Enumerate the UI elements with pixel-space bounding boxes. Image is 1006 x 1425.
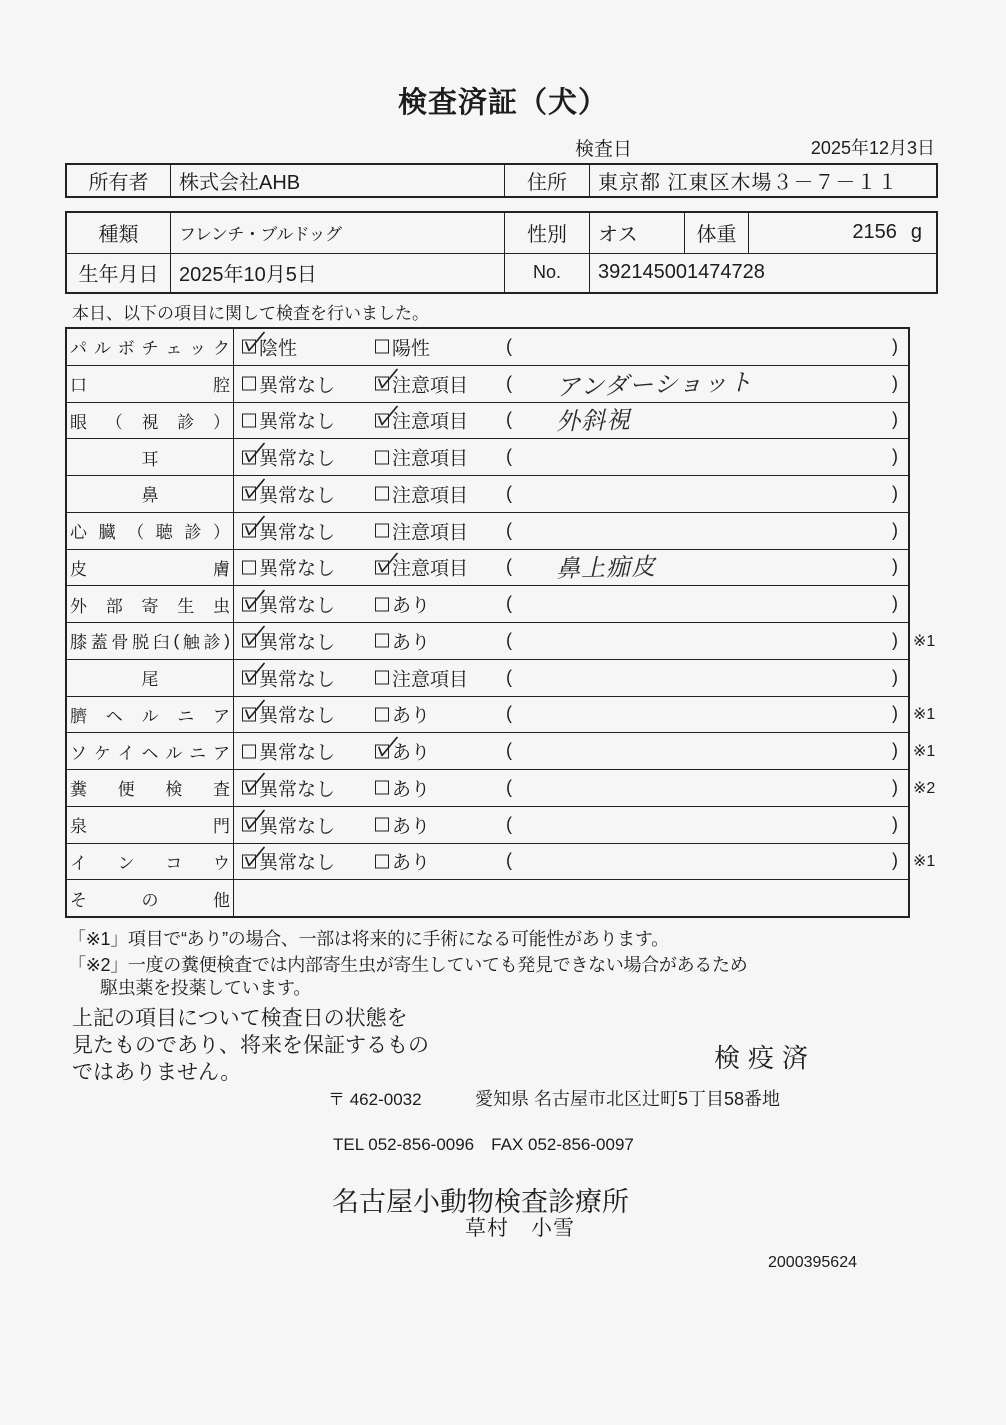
- disclaimer-line-1: 上記の項目について検査日の状態を: [72, 1002, 408, 1032]
- close-paren: ): [892, 373, 898, 394]
- open-paren: (: [506, 409, 512, 430]
- exam-item-label: 泉門: [67, 807, 234, 843]
- checkbox[interactable]: [375, 524, 389, 538]
- exam-row: 口腔異常なし注意項目()アンダーショット: [67, 365, 908, 402]
- exam-row: ソケイヘルニア異常なしあり()※1: [67, 732, 908, 769]
- exam-result-cell: 異常なしあり(): [234, 586, 908, 622]
- checkbox[interactable]: [375, 634, 389, 648]
- footnote-marker: ※1: [913, 851, 935, 871]
- close-paren: ): [892, 740, 898, 761]
- open-paren: (: [506, 446, 512, 467]
- owner-table: 所有者 株式会社AHB 住所 東京都 江東区木場３－７－１１: [65, 163, 938, 198]
- weight-value: 2156: [852, 221, 897, 244]
- option-label: 異常なし: [259, 738, 335, 765]
- checkbox[interactable]: [375, 818, 389, 832]
- weight-cell: 2156 g: [748, 213, 936, 253]
- option-label: 異常なし: [259, 664, 335, 691]
- open-paren: (: [506, 667, 512, 688]
- animal-table: 種類 フレンチ・ブルドッグ 性別 オス 体重 2156 g 生年月日 2025年…: [65, 211, 938, 294]
- close-paren: ): [892, 667, 898, 688]
- option-label: あり: [392, 848, 430, 875]
- exam-result-cell: 異常なし注意項目(): [234, 660, 908, 696]
- exam-item-label: 心臓（聴診）: [67, 513, 234, 549]
- option-label: 陰性: [259, 333, 297, 360]
- exam-item-label: インコウ: [67, 844, 234, 880]
- address-value: 東京都 江東区木場３－７－１１: [589, 165, 936, 196]
- option-normal: 陰性: [242, 333, 297, 360]
- exam-result-cell: [234, 880, 908, 916]
- exam-result-cell: 異常なしあり(): [234, 697, 908, 733]
- exam-result-cell: 異常なしあり(): [234, 623, 908, 659]
- exam-table: パルボチェック陰性陽性()口腔異常なし注意項目()アンダーショット眼（視診）異常…: [65, 327, 910, 918]
- exam-item-label: 鼻: [67, 476, 234, 512]
- option-label: 異常なし: [259, 407, 335, 434]
- exam-item-label: 尾: [67, 660, 234, 696]
- option-normal: 異常なし: [242, 811, 335, 838]
- exam-item-label: 糞便検査: [67, 770, 234, 806]
- option-label: 陽性: [392, 333, 430, 360]
- option-normal: 異常なし: [242, 444, 335, 471]
- option-label: 注意項目: [392, 554, 468, 581]
- exam-row: 眼（視診）異常なし注意項目()外斜視: [67, 402, 908, 439]
- weight-label: 体重: [684, 213, 748, 253]
- exam-result-cell: 異常なし注意項目(): [234, 513, 908, 549]
- exam-item-label: 臍ヘルニア: [67, 697, 234, 733]
- option-label: あり: [392, 774, 430, 801]
- option-label: 異常なし: [259, 848, 335, 875]
- exam-item-label: ソケイヘルニア: [67, 733, 234, 769]
- checkbox-checked[interactable]: [375, 560, 389, 574]
- exam-result-cell: 異常なしあり(): [234, 844, 908, 880]
- checkbox[interactable]: [242, 413, 256, 427]
- exam-result-cell: 異常なし注意項目()外斜視: [234, 403, 908, 439]
- checkbox[interactable]: [375, 450, 389, 464]
- exam-result-cell: 異常なし注意項目(): [234, 439, 908, 475]
- exam-result-cell: 陰性陽性(): [234, 329, 908, 365]
- disclaimer-line-2: 見たものであり、将来を保証するもの: [72, 1029, 429, 1059]
- exam-row: 泉門異常なしあり(): [67, 806, 908, 843]
- option-label: 異常なし: [259, 554, 335, 581]
- exam-result-cell: 異常なし注意項目()アンダーショット: [234, 366, 908, 402]
- breed-label: 種類: [67, 213, 170, 253]
- option-finding: 注意項目: [375, 444, 468, 471]
- exam-row: 心臓（聴診）異常なし注意項目(): [67, 512, 908, 549]
- option-label: 異常なし: [259, 370, 335, 397]
- animal-row-2: 生年月日 2025年10月5日 No. 392145001474728: [67, 253, 936, 293]
- open-paren: (: [506, 814, 512, 835]
- close-paren: ): [892, 850, 898, 871]
- open-paren: (: [506, 593, 512, 614]
- handwritten-remark[interactable]: アンダーショット: [556, 362, 754, 402]
- checkbox-checked[interactable]: [375, 413, 389, 427]
- close-paren: ): [892, 483, 898, 504]
- close-paren: ): [892, 630, 898, 651]
- footnote-marker: ※1: [913, 631, 935, 651]
- option-finding: 注意項目: [375, 370, 468, 397]
- option-normal: 異常なし: [242, 664, 335, 691]
- handwritten-remark[interactable]: 鼻上痂皮: [556, 547, 657, 585]
- checkbox[interactable]: [375, 781, 389, 795]
- option-finding: 陽性: [375, 333, 430, 360]
- option-normal: 異常なし: [242, 738, 335, 765]
- option-label: 注意項目: [392, 444, 468, 471]
- option-finding: あり: [375, 738, 430, 765]
- checkbox-checked[interactable]: [242, 854, 256, 868]
- checkbox[interactable]: [375, 671, 389, 685]
- exam-item-label: パルボチェック: [67, 329, 234, 365]
- checkbox-checked[interactable]: [242, 781, 256, 795]
- exam-item-label: 耳: [67, 439, 234, 475]
- open-paren: (: [506, 740, 512, 761]
- exam-row: インコウ異常なしあり()※1: [67, 843, 908, 880]
- exam-row: 耳異常なし注意項目(): [67, 438, 908, 475]
- open-paren: (: [506, 336, 512, 357]
- footnote-2-cont: 駆虫薬を投薬しています。: [100, 974, 311, 1000]
- option-normal: 異常なし: [242, 407, 335, 434]
- option-label: 注意項目: [392, 370, 468, 397]
- checkbox-checked[interactable]: [242, 597, 256, 611]
- checkbox[interactable]: [242, 744, 256, 758]
- dob-label: 生年月日: [67, 254, 170, 293]
- option-label: あり: [392, 738, 430, 765]
- exam-row: 膝蓋骨脱臼(触診)異常なしあり()※1: [67, 622, 908, 659]
- option-normal: 異常なし: [242, 774, 335, 801]
- sex-value: オス: [589, 213, 684, 253]
- checkbox[interactable]: [375, 487, 389, 501]
- checkbox[interactable]: [242, 560, 256, 574]
- checkbox[interactable]: [242, 377, 256, 391]
- open-paren: (: [506, 777, 512, 798]
- checkbox-checked[interactable]: [242, 450, 256, 464]
- exam-result-cell: 異常なしあり(): [234, 770, 908, 806]
- footnote-1: 「※1」項目で“あり”の場合、一部は将来的に手術になる可能性があります。: [68, 925, 669, 951]
- option-normal: 異常なし: [242, 370, 335, 397]
- checkbox[interactable]: [375, 340, 389, 354]
- open-paren: (: [506, 483, 512, 504]
- open-paren: (: [506, 556, 512, 577]
- document-title: 検査済証（犬）: [0, 80, 1006, 121]
- open-paren: (: [506, 520, 512, 541]
- option-finding: あり: [375, 701, 430, 728]
- checkbox-checked[interactable]: [375, 377, 389, 391]
- exam-row: 糞便検査異常なしあり()※2: [67, 769, 908, 806]
- option-label: 注意項目: [392, 480, 468, 507]
- address-label: 住所: [504, 165, 589, 196]
- close-paren: ): [892, 409, 898, 430]
- exam-row: 鼻異常なし注意項目(): [67, 475, 908, 512]
- open-paren: (: [506, 703, 512, 724]
- clinic-tel-fax: TEL 052-856-0096 FAX 052-856-0097: [333, 1130, 634, 1155]
- sex-label: 性別: [504, 213, 589, 253]
- option-label: あり: [392, 701, 430, 728]
- serial-number: 2000395624: [768, 1254, 857, 1272]
- handwritten-remark[interactable]: 外斜視: [556, 400, 632, 437]
- clinic-address: 愛知県 名古屋市北区辻町5丁目58番地: [475, 1085, 780, 1111]
- close-paren: ): [892, 556, 898, 577]
- examiner-name: 草村 小雪: [465, 1212, 575, 1242]
- certificate-page: 検査済証（犬） 検査日 2025年12月3日 所有者 株式会社AHB 住所 東京…: [0, 0, 1006, 1425]
- option-label: 注意項目: [392, 517, 468, 544]
- close-paren: ): [892, 593, 898, 614]
- breed-value: フレンチ・ブルドッグ: [170, 213, 504, 253]
- option-finding: 注意項目: [375, 554, 468, 581]
- close-paren: ): [892, 446, 898, 467]
- no-value: 392145001474728: [589, 254, 936, 293]
- close-paren: ): [892, 814, 898, 835]
- clinic-postal-code: 〒 462-0032: [328, 1085, 422, 1110]
- option-label: 異常なし: [259, 811, 335, 838]
- close-paren: ): [892, 336, 898, 357]
- checkbox-checked[interactable]: [242, 707, 256, 721]
- exam-row: 尾異常なし注意項目(): [67, 659, 908, 696]
- option-normal: 異常なし: [242, 591, 335, 618]
- exam-item-label: 口腔: [67, 366, 234, 402]
- close-paren: ): [892, 520, 898, 541]
- exam-intro: 本日、以下の項目に関して検査を行いました。: [72, 299, 429, 324]
- owner-row: 所有者 株式会社AHB 住所 東京都 江東区木場３－７－１１: [67, 165, 936, 196]
- exam-row: 外部寄生虫異常なしあり(): [67, 585, 908, 622]
- exam-result-cell: 異常なし注意項目()鼻上痂皮: [234, 550, 908, 586]
- option-label: 異常なし: [259, 480, 335, 507]
- option-finding: 注意項目: [375, 517, 468, 544]
- option-normal: 異常なし: [242, 480, 335, 507]
- checkbox-checked[interactable]: [242, 634, 256, 648]
- footnote-marker: ※1: [913, 741, 935, 761]
- option-label: 異常なし: [259, 774, 335, 801]
- option-finding: 注意項目: [375, 664, 468, 691]
- option-label: あり: [392, 591, 430, 618]
- open-paren: (: [506, 373, 512, 394]
- exam-date: 2025年12月3日: [811, 134, 935, 160]
- option-label: 異常なし: [259, 444, 335, 471]
- option-label: 異常なし: [259, 627, 335, 654]
- option-label: 異常なし: [259, 591, 335, 618]
- close-paren: ): [892, 703, 898, 724]
- exam-item-label: その他: [67, 880, 234, 916]
- exam-item-label: 眼（視診）: [67, 403, 234, 439]
- exam-item-label: 膝蓋骨脱臼(触診): [67, 623, 234, 659]
- close-paren: ): [892, 777, 898, 798]
- option-normal: 異常なし: [242, 848, 335, 875]
- option-normal: 異常なし: [242, 627, 335, 654]
- option-label: 異常なし: [259, 517, 335, 544]
- no-label: No.: [504, 254, 589, 293]
- animal-row-1: 種類 フレンチ・ブルドッグ 性別 オス 体重 2156 g: [67, 213, 936, 253]
- option-finding: あり: [375, 774, 430, 801]
- disclaimer-line-3: ではありません。: [72, 1056, 241, 1086]
- exam-date-label: 検査日: [575, 134, 632, 161]
- weight-unit: g: [911, 221, 922, 244]
- exam-result-cell: 異常なしあり(): [234, 733, 908, 769]
- option-label: あり: [392, 811, 430, 838]
- exam-item-label: 外部寄生虫: [67, 586, 234, 622]
- footnote-marker: ※2: [913, 778, 935, 798]
- exam-item-label: 皮膚: [67, 550, 234, 586]
- option-finding: 注意項目: [375, 480, 468, 507]
- exam-row: その他: [67, 879, 908, 916]
- exam-result-cell: 異常なし注意項目(): [234, 476, 908, 512]
- checkbox[interactable]: [375, 707, 389, 721]
- checkbox-checked[interactable]: [242, 818, 256, 832]
- exam-row: パルボチェック陰性陽性(): [67, 329, 908, 365]
- exam-row: 臍ヘルニア異常なしあり()※1: [67, 696, 908, 733]
- option-finding: あり: [375, 811, 430, 838]
- open-paren: (: [506, 630, 512, 651]
- option-finding: あり: [375, 848, 430, 875]
- option-label: あり: [392, 627, 430, 654]
- dob-value: 2025年10月5日: [170, 254, 504, 293]
- checkbox[interactable]: [375, 854, 389, 868]
- option-finding: あり: [375, 591, 430, 618]
- option-normal: 異常なし: [242, 554, 335, 581]
- option-finding: 注意項目: [375, 407, 468, 434]
- open-paren: (: [506, 850, 512, 871]
- quarantine-stamp: 検疫済: [714, 1038, 816, 1075]
- option-label: 異常なし: [259, 701, 335, 728]
- option-normal: 異常なし: [242, 701, 335, 728]
- option-label: 注意項目: [392, 664, 468, 691]
- option-normal: 異常なし: [242, 517, 335, 544]
- checkbox-checked[interactable]: [242, 524, 256, 538]
- checkbox-checked[interactable]: [375, 744, 389, 758]
- option-finding: あり: [375, 627, 430, 654]
- owner-label: 所有者: [67, 165, 170, 196]
- owner-value: 株式会社AHB: [170, 165, 504, 196]
- exam-row: 皮膚異常なし注意項目()鼻上痂皮: [67, 549, 908, 586]
- footnote-marker: ※1: [913, 704, 935, 724]
- exam-result-cell: 異常なしあり(): [234, 807, 908, 843]
- checkbox[interactable]: [375, 597, 389, 611]
- option-label: 注意項目: [392, 407, 468, 434]
- checkbox-checked[interactable]: [242, 340, 256, 354]
- checkbox-checked[interactable]: [242, 487, 256, 501]
- checkbox-checked[interactable]: [242, 671, 256, 685]
